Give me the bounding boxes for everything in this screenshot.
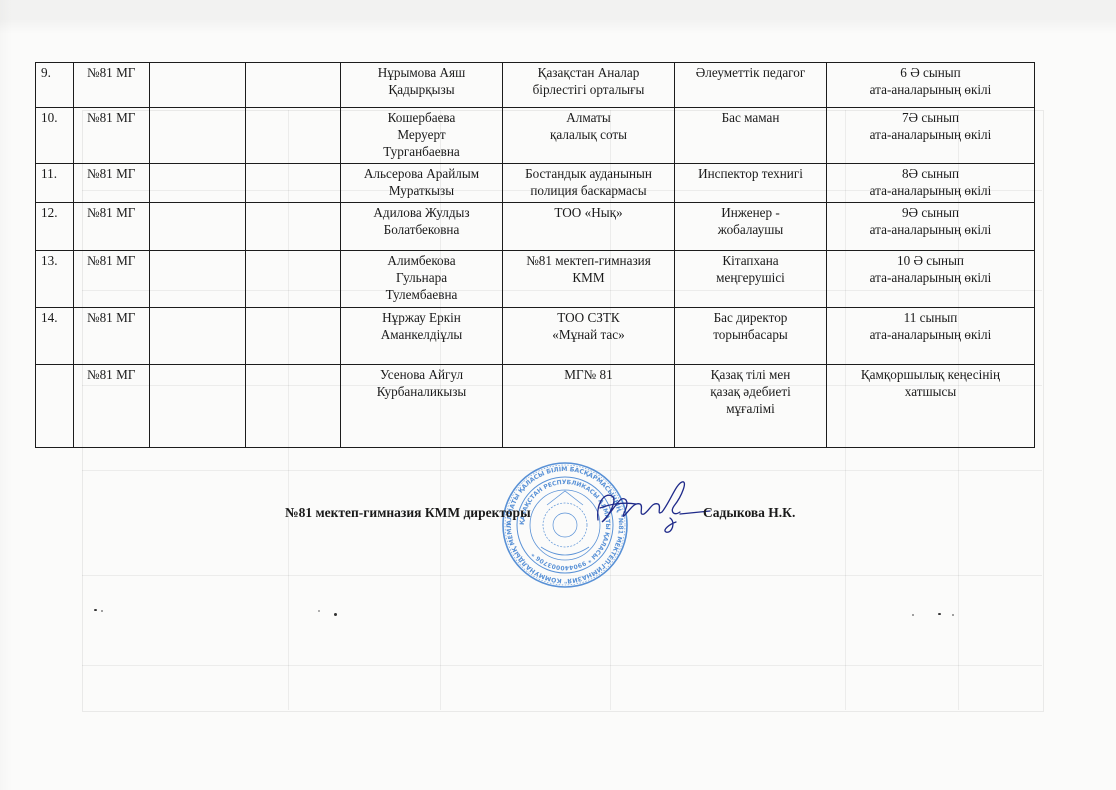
cell-org: №81 МГ (74, 203, 150, 251)
cell-workplace: МГ№ 81 (503, 365, 675, 448)
cell-col4 (246, 63, 341, 108)
cell-num: 12. (36, 203, 74, 251)
cell-num: 9. (36, 63, 74, 108)
cell-num (36, 365, 74, 448)
cell-role: Қамқоршылық кеңесінің хатшысы (827, 365, 1035, 448)
cell-col3 (150, 108, 246, 164)
table-row: 9.№81 МГНұрымова Аяш ҚадырқызыҚазақстан … (36, 63, 1035, 108)
cell-col4 (246, 308, 341, 365)
cell-position: Бас директор торынбасары (675, 308, 827, 365)
table-row: 12.№81 МГАдилова Жулдыз БолатбековнаТОО … (36, 203, 1035, 251)
cell-org: №81 МГ (74, 108, 150, 164)
cell-col3 (150, 63, 246, 108)
cell-role: 6 Ә сынып ата-аналарының өкілі (827, 63, 1035, 108)
cell-name: Адилова Жулдыз Болатбековна (341, 203, 503, 251)
cell-role: 8Ә сынып ата-аналарының өкілі (827, 164, 1035, 203)
cell-org: №81 МГ (74, 63, 150, 108)
table-row: №81 МГУсенова Айгул КурбаналикызыМГ№ 81Қ… (36, 365, 1035, 448)
table-row: 11.№81 МГАльсерова Арайлым МураткызыБост… (36, 164, 1035, 203)
cell-name: Нұржау Еркін Аманкелдіұлы (341, 308, 503, 365)
cell-num: 10. (36, 108, 74, 164)
cell-name: Усенова Айгул Курбаналикызы (341, 365, 503, 448)
table-row: 14.№81 МГНұржау Еркін АманкелдіұлыТОО СЗ… (36, 308, 1035, 365)
cell-col4 (246, 108, 341, 164)
cell-position: Инспектор технигі (675, 164, 827, 203)
cell-workplace: Алматы қалалық соты (503, 108, 675, 164)
cell-workplace: ТОО «Нық» (503, 203, 675, 251)
cell-name: Альсерова Арайлым Мураткызы (341, 164, 503, 203)
cell-num: 11. (36, 164, 74, 203)
cell-role: 11 сынып ата-аналарының өкілі (827, 308, 1035, 365)
cell-col3 (150, 203, 246, 251)
cell-col4 (246, 365, 341, 448)
cell-workplace: Қазақстан Аналар бірлестігі орталығы (503, 63, 675, 108)
cell-position: Әлеуметтік педагог (675, 63, 827, 108)
cell-name: Алимбекова Гульнара Тулембаевна (341, 251, 503, 308)
cell-col4 (246, 164, 341, 203)
table-row: 10.№81 МГКошербаева Меруерт Турганбаевна… (36, 108, 1035, 164)
cell-name: Кошербаева Меруерт Турганбаевна (341, 108, 503, 164)
cell-col4 (246, 203, 341, 251)
cell-workplace: Бостандык ауданынын полиция баскармасы (503, 164, 675, 203)
cell-num: 13. (36, 251, 74, 308)
cell-org: №81 МГ (74, 164, 150, 203)
cell-org: №81 МГ (74, 251, 150, 308)
cell-position: Бас маман (675, 108, 827, 164)
cell-role: 9Ә сынып ата-аналарының өкілі (827, 203, 1035, 251)
cell-col3 (150, 365, 246, 448)
director-title: №81 мектеп-гимназия КММ директоры (285, 505, 531, 521)
cell-workplace: ТОО СЗТК «Мұнай тас» (503, 308, 675, 365)
cell-workplace: №81 мектеп-гимназия КММ (503, 251, 675, 308)
cell-col3 (150, 164, 246, 203)
cell-num: 14. (36, 308, 74, 365)
cell-col3 (150, 308, 246, 365)
handwritten-signature-icon (590, 478, 715, 538)
cell-role: 7Ә сынып ата-аналарының өкілі (827, 108, 1035, 164)
cell-position: Инженер - жобалаушы (675, 203, 827, 251)
table-row: 13.№81 МГАлимбекова Гульнара Тулембаевна… (36, 251, 1035, 308)
director-name: Садыкова Н.К. (703, 505, 795, 521)
cell-org: №81 МГ (74, 308, 150, 365)
cell-position: Кітапхана меңгерушісі (675, 251, 827, 308)
cell-name: Нұрымова Аяш Қадырқызы (341, 63, 503, 108)
cell-col3 (150, 251, 246, 308)
parents-council-table: 9.№81 МГНұрымова Аяш ҚадырқызыҚазақстан … (35, 62, 1035, 448)
cell-role: 10 Ә сынып ата-аналарының өкілі (827, 251, 1035, 308)
cell-col4 (246, 251, 341, 308)
cell-position: Қазақ тілі мен қазақ әдебиеті мұғалімі (675, 365, 827, 448)
cell-org: №81 МГ (74, 365, 150, 448)
